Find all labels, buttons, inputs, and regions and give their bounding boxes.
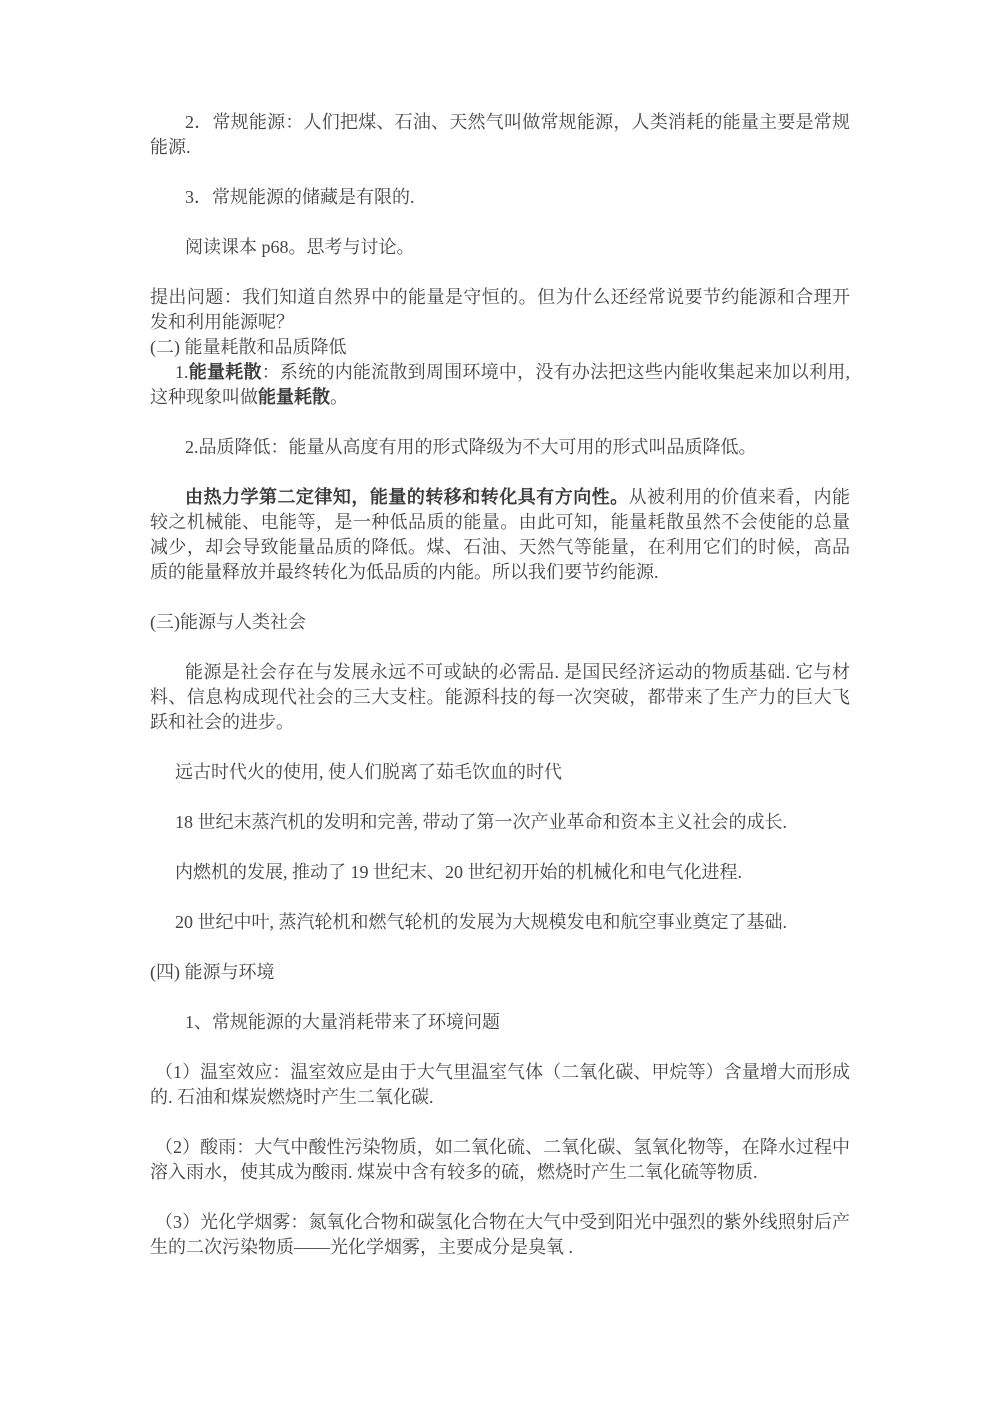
text-run: 。 xyxy=(330,387,348,407)
text-run: 阅读课本 p68。思考与讨论。 xyxy=(185,237,415,257)
text-run: 能源是社会存在与发展永远不可或缺的必需品. 是国民经济运动的物质基础. 它与材料… xyxy=(150,662,850,732)
text-run: 18 世纪末蒸汽机的发明和完善, 带动了第一次产业革命和资本主义社会的成长. xyxy=(175,812,787,832)
text-run: 20 世纪中叶, 蒸汽轮机和燃气轮机的发展为大规模发电和航空事业奠定了基础. xyxy=(175,912,787,932)
paragraph: 远古时代火的使用, 使人们脱离了茹毛饮血的时代 xyxy=(150,760,850,785)
text-run: (三)能源与人类社会 xyxy=(150,612,306,632)
text-run: (二) 能量耗散和品质降低 xyxy=(150,337,347,357)
document-body: 2．常规能源：人们把煤、石油、天然气叫做常规能源，人类消耗的能量主要是常规能源.… xyxy=(150,110,850,1260)
paragraph: （1）温室效应：温室效应是由于大气里温室气体（二氧化碳、甲烷等）含量增大而形成的… xyxy=(150,1060,850,1110)
text-run: 远古时代火的使用, 使人们脱离了茹毛饮血的时代 xyxy=(175,762,562,782)
text-run: 内燃机的发展, 推动了 19 世纪末、20 世纪初开始的机械化和电气化进程. xyxy=(175,862,742,882)
paragraph: 3．常规能源的储藏是有限的. xyxy=(150,185,850,210)
paragraph: （2）酸雨：大气中酸性污染物质，如二氧化硫、二氧化碳、氢氧化物等，在降水过程中溶… xyxy=(150,1135,850,1185)
paragraph: 1.能量耗散：系统的内能流散到周围环境中，没有办法把这些内能收集起来加以利用, … xyxy=(150,360,850,410)
bold-text-run: 能量耗散 xyxy=(189,362,262,382)
text-run: 1. xyxy=(175,362,189,382)
paragraph: 内燃机的发展, 推动了 19 世纪末、20 世纪初开始的机械化和电气化进程. xyxy=(150,860,850,885)
paragraph: 阅读课本 p68。思考与讨论。 xyxy=(150,235,850,260)
paragraph: (三)能源与人类社会 xyxy=(150,610,850,635)
paragraph: (四) 能源与环境 xyxy=(150,960,850,985)
text-run: 2.品质降低：能量从高度有用的形式降级为不大可用的形式叫品质降低。 xyxy=(185,437,757,457)
text-run: 2．常规能源：人们把煤、石油、天然气叫做常规能源，人类消耗的能量主要是常规能源. xyxy=(150,112,850,157)
text-run: （2）酸雨：大气中酸性污染物质，如二氧化硫、二氧化碳、氢氧化物等，在降水过程中溶… xyxy=(150,1137,850,1182)
paragraph: 1、常规能源的大量消耗带来了环境问题 xyxy=(150,1010,850,1035)
text-run: 3．常规能源的储藏是有限的. xyxy=(185,187,415,207)
paragraph: 20 世纪中叶, 蒸汽轮机和燃气轮机的发展为大规模发电和航空事业奠定了基础. xyxy=(150,910,850,935)
paragraph: 提出问题：我们知道自然界中的能量是守恒的。但为什么还经常说要节约能源和合理开发和… xyxy=(150,285,850,335)
paragraph: (二) 能量耗散和品质降低 xyxy=(150,335,850,360)
paragraph: 由热力学第二定律知，能量的转移和转化具有方向性。从被利用的价值来看，内能较之机械… xyxy=(150,485,850,585)
paragraph: （3）光化学烟雾：氮氧化合物和碳氢化合物在大气中受到阳光中强烈的紫外线照射后产生… xyxy=(150,1210,850,1260)
text-run: 1、常规能源的大量消耗带来了环境问题 xyxy=(185,1012,500,1032)
paragraph: 2．常规能源：人们把煤、石油、天然气叫做常规能源，人类消耗的能量主要是常规能源. xyxy=(150,110,850,160)
text-run: （3）光化学烟雾：氮氧化合物和碳氢化合物在大气中受到阳光中强烈的紫外线照射后产生… xyxy=(150,1212,850,1257)
bold-text-run: 由热力学第二定律知，能量的转移和转化具有方向性。 xyxy=(185,487,629,507)
document-page: 2．常规能源：人们把煤、石油、天然气叫做常规能源，人类消耗的能量主要是常规能源.… xyxy=(0,0,1000,1414)
paragraph: 2.品质降低：能量从高度有用的形式降级为不大可用的形式叫品质降低。 xyxy=(150,435,850,460)
paragraph: 18 世纪末蒸汽机的发明和完善, 带动了第一次产业革命和资本主义社会的成长. xyxy=(150,810,850,835)
text-run: 提出问题：我们知道自然界中的能量是守恒的。但为什么还经常说要节约能源和合理开发和… xyxy=(150,287,850,332)
bold-text-run: 能量耗散 xyxy=(258,387,330,407)
text-run: (四) 能源与环境 xyxy=(150,962,275,982)
text-run: （1）温室效应：温室效应是由于大气里温室气体（二氧化碳、甲烷等）含量增大而形成的… xyxy=(150,1062,850,1107)
paragraph: 能源是社会存在与发展永远不可或缺的必需品. 是国民经济运动的物质基础. 它与材料… xyxy=(150,660,850,735)
